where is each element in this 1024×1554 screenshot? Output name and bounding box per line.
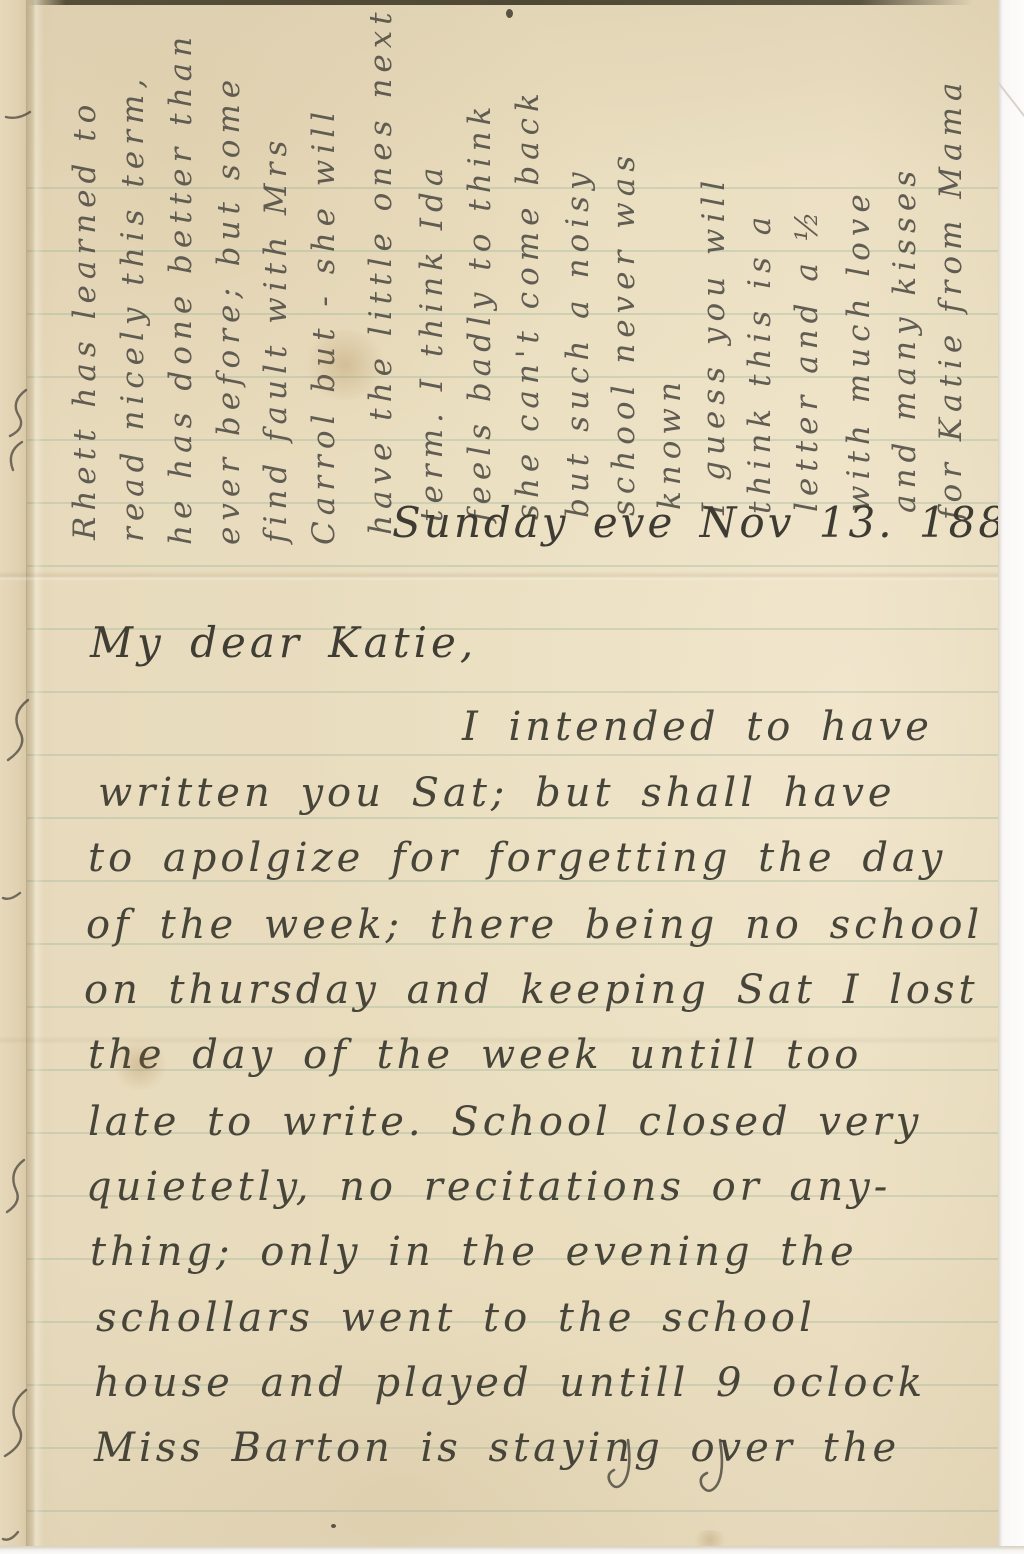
fold-crease-vertical	[26, 0, 44, 1546]
body-line: the day of the week untill too	[88, 1025, 862, 1085]
body-line: written you Sat; but shall have	[98, 763, 896, 823]
scanner-background	[998, 0, 1024, 1554]
ink-speck	[506, 9, 513, 18]
body-line: to apolgize for forgetting the day	[88, 828, 946, 888]
adjacent-page-edge	[0, 0, 27, 1546]
salutation: My dear Katie,	[90, 618, 477, 667]
cross-writing-line: I guess you will	[691, 175, 737, 515]
body-line: thing; only in the evening the	[90, 1222, 858, 1282]
paper-stain	[300, 330, 390, 400]
scanner-background	[0, 1546, 1024, 1554]
cross-writing-line: known	[647, 376, 693, 510]
cross-writing-line: Rhett has learned to	[62, 99, 108, 540]
cross-writing-line: she can't come back	[505, 87, 551, 520]
cross-writing-line: with much love	[836, 188, 882, 512]
ink-speck	[331, 1524, 336, 1528]
cross-writing-line: have the little ones next	[358, 6, 404, 535]
paper-stain	[110, 1040, 170, 1090]
cross-writing-line: think this is a	[737, 211, 783, 514]
body-line: house and played untill 9 oclock	[94, 1353, 926, 1413]
cross-writing-line: Carrol but - she will	[301, 106, 347, 545]
cross-writing-line: and many kisses	[882, 165, 928, 513]
cross-writing-line: school never was	[601, 150, 647, 516]
cross-writing-line: he has done better than	[158, 31, 204, 545]
cross-writing-line: find fault with Mrs	[253, 135, 299, 543]
cross-writing-line: but such a noisy	[555, 167, 601, 518]
cross-writing-line: letter and a ½	[784, 205, 830, 512]
page-top-edge-shadow	[28, 0, 973, 5]
body-line: late to write. School closed very	[88, 1092, 922, 1152]
fold-crease-horizontal	[0, 571, 998, 581]
body-line: quietetly, no recitations or any-	[86, 1157, 891, 1217]
body-line: I intended to have	[462, 697, 933, 757]
body-line: schollars went to the school	[96, 1288, 816, 1348]
body-line: on thursday and keeping Sat I lost	[84, 960, 979, 1020]
cross-writing-line: feels badly to think	[457, 101, 503, 522]
cross-writing-line: ever before; but some	[206, 74, 252, 545]
cross-writing-line: read nicely this term,	[110, 73, 156, 542]
cross-writing-line: term. I think Ida	[409, 162, 455, 522]
letter-scan: Rhett has learned to read nicely this te…	[0, 0, 1024, 1554]
date-line: Sunday eve Nov 13. 1887	[392, 498, 1024, 547]
body-line: Miss Barton is staying over the	[94, 1418, 900, 1478]
body-line: of the week; there being no school	[86, 895, 983, 955]
cross-writing-line: for Katie from Mama	[928, 77, 974, 520]
